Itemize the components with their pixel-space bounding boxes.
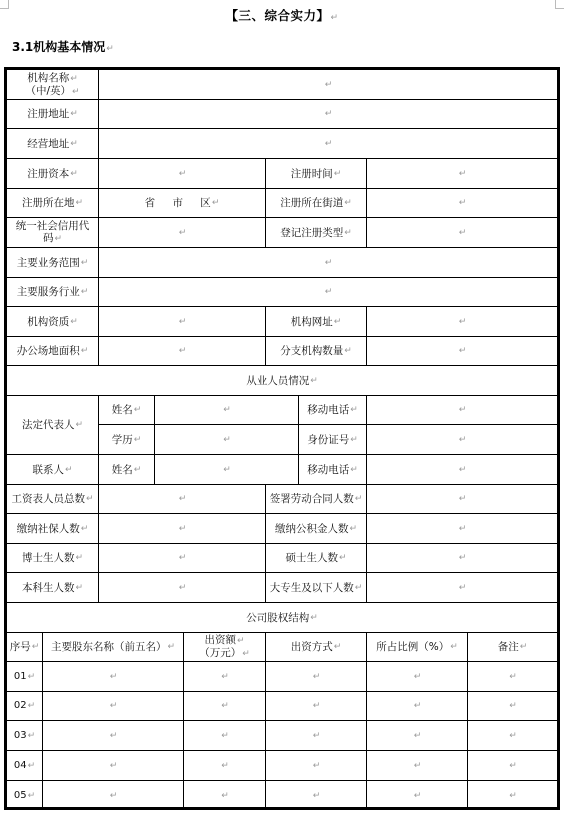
branch-count-label: 分支机构数量 bbox=[266, 337, 367, 366]
paragraph-mark-icon bbox=[75, 419, 83, 431]
paragraph-mark-icon bbox=[70, 108, 78, 120]
branch-count-input[interactable] bbox=[367, 337, 557, 366]
reg-type-input[interactable] bbox=[367, 218, 557, 248]
paragraph-mark-icon bbox=[70, 168, 78, 180]
paragraph-mark-icon bbox=[28, 790, 36, 802]
paragraph-mark-icon bbox=[334, 641, 342, 653]
paragraph-mark-icon bbox=[28, 730, 36, 742]
paragraph-mark-icon bbox=[65, 464, 73, 476]
paragraph-mark-icon bbox=[459, 168, 467, 180]
paragraph-mark-icon bbox=[459, 197, 467, 209]
equity-header-amount: 出资额（万元） bbox=[184, 633, 266, 662]
paragraph-mark-icon bbox=[86, 493, 94, 505]
paragraph-mark-icon bbox=[459, 582, 467, 594]
reg-capital-label: 注册资本 bbox=[7, 159, 99, 189]
main-business-input[interactable] bbox=[99, 248, 557, 278]
bachelor-count-input[interactable] bbox=[99, 573, 266, 603]
college-below-count-label: 大专生及以下人数 bbox=[266, 573, 367, 603]
paragraph-mark-icon bbox=[179, 345, 187, 357]
paragraph-mark-icon bbox=[179, 316, 187, 328]
qualification-label: 机构资质 bbox=[7, 307, 99, 337]
equity-header-index: 序号 bbox=[7, 633, 43, 662]
paragraph-mark-icon bbox=[344, 197, 352, 209]
paragraph-mark-icon bbox=[221, 790, 229, 802]
paragraph-mark-icon bbox=[221, 700, 229, 712]
equity-index-cell: 02 bbox=[7, 692, 43, 721]
legal-rep-name-input[interactable] bbox=[155, 396, 299, 425]
paragraph-mark-icon bbox=[223, 434, 231, 446]
biz-address-label: 经营地址 bbox=[7, 129, 99, 159]
investment-method-input[interactable] bbox=[266, 662, 367, 692]
paragraph-mark-icon bbox=[459, 493, 467, 505]
paragraph-mark-icon bbox=[325, 286, 333, 298]
credit-code-label: 统一社会信用代码 bbox=[7, 218, 99, 248]
paragraph-mark-icon bbox=[179, 168, 187, 180]
equity-header-remark: 备注 bbox=[468, 633, 557, 662]
share-ratio-input[interactable] bbox=[367, 692, 468, 721]
paragraph-mark-icon bbox=[179, 493, 187, 505]
contact-mobile-input[interactable] bbox=[367, 455, 557, 485]
paragraph-mark-icon bbox=[350, 464, 358, 476]
housing-fund-input[interactable] bbox=[367, 514, 557, 544]
equity-index-cell: 05 bbox=[7, 781, 43, 810]
paragraph-mark-icon bbox=[313, 730, 321, 742]
paragraph-mark-icon bbox=[223, 464, 231, 476]
paragraph-mark-icon bbox=[167, 641, 175, 653]
share-ratio-input[interactable] bbox=[367, 781, 468, 810]
reg-time-input[interactable] bbox=[367, 159, 557, 189]
paragraph-mark-icon bbox=[70, 316, 78, 328]
org-info-table: 机构名称（中/英） 注册地址 经营地址 注册资本 注册时间 注册所在地 省 市 … bbox=[4, 67, 560, 810]
reg-location-label: 注册所在地 bbox=[7, 189, 99, 218]
credit-code-input[interactable] bbox=[99, 218, 266, 248]
paragraph-mark-icon bbox=[313, 671, 321, 683]
paragraph-mark-icon bbox=[330, 13, 338, 23]
paragraph-mark-icon bbox=[310, 375, 318, 387]
qualification-input[interactable] bbox=[99, 307, 266, 337]
equity-index-cell: 03 bbox=[7, 721, 43, 751]
paragraph-mark-icon bbox=[325, 138, 333, 150]
paragraph-mark-icon bbox=[179, 227, 187, 239]
paragraph-mark-icon bbox=[110, 730, 118, 742]
investment-amount-input[interactable] bbox=[184, 751, 266, 781]
investment-amount-input[interactable] bbox=[184, 692, 266, 721]
contact-name-input[interactable] bbox=[155, 455, 299, 485]
payroll-total-label: 工资表人员总数 bbox=[7, 485, 99, 514]
paragraph-mark-icon bbox=[242, 649, 250, 659]
paragraph-mark-icon bbox=[179, 523, 187, 535]
remark-input[interactable] bbox=[468, 751, 557, 781]
paragraph-mark-icon bbox=[334, 168, 342, 180]
college-below-count-input[interactable] bbox=[367, 573, 557, 603]
paragraph-mark-icon bbox=[70, 138, 78, 150]
paragraph-mark-icon bbox=[81, 257, 89, 269]
paragraph-mark-icon bbox=[313, 790, 321, 802]
paragraph-mark-icon bbox=[179, 582, 187, 594]
investment-method-input[interactable] bbox=[266, 721, 367, 751]
paragraph-mark-icon bbox=[459, 404, 467, 416]
paragraph-mark-icon bbox=[325, 257, 333, 269]
paragraph-mark-icon bbox=[221, 730, 229, 742]
paragraph-mark-icon bbox=[344, 345, 352, 357]
paragraph-mark-icon bbox=[344, 227, 352, 239]
investment-method-input[interactable] bbox=[266, 692, 367, 721]
contact-mobile-label: 移动电话 bbox=[299, 455, 367, 485]
legal-rep-education-label: 学历 bbox=[99, 425, 155, 455]
legal-rep-mobile-label: 移动电话 bbox=[299, 396, 367, 425]
personnel-section-header: 从业人员情况 bbox=[7, 366, 557, 396]
paragraph-mark-icon bbox=[509, 760, 517, 772]
paragraph-mark-icon bbox=[221, 671, 229, 683]
paragraph-mark-icon bbox=[313, 760, 321, 772]
paragraph-mark-icon bbox=[459, 316, 467, 328]
paragraph-mark-icon bbox=[110, 671, 118, 683]
paragraph-mark-icon bbox=[313, 700, 321, 712]
reg-location-input[interactable]: 省 市 区 bbox=[99, 189, 266, 218]
paragraph-mark-icon bbox=[520, 641, 528, 653]
investment-method-input[interactable] bbox=[266, 781, 367, 810]
paragraph-mark-icon bbox=[28, 671, 36, 683]
paragraph-mark-icon bbox=[221, 760, 229, 772]
legal-rep-education-input[interactable] bbox=[155, 425, 299, 455]
paragraph-mark-icon bbox=[450, 641, 458, 653]
paragraph-mark-icon bbox=[509, 730, 517, 742]
remark-input[interactable] bbox=[468, 692, 557, 721]
paragraph-mark-icon bbox=[110, 790, 118, 802]
section-title: 【三、综合实力】 bbox=[0, 6, 564, 24]
paragraph-mark-icon bbox=[459, 434, 467, 446]
paragraph-mark-icon bbox=[134, 434, 142, 446]
equity-header-shareholder: 主要股东名称（前五名） bbox=[43, 633, 184, 662]
payroll-total-input[interactable] bbox=[99, 485, 266, 514]
paragraph-mark-icon bbox=[339, 552, 347, 564]
equity-header-ratio: 所占比例（%） bbox=[367, 633, 468, 662]
paragraph-mark-icon bbox=[334, 316, 342, 328]
equity-header-method: 出资方式 bbox=[266, 633, 367, 662]
reg-time-label: 注册时间 bbox=[266, 159, 367, 189]
reg-capital-input[interactable] bbox=[99, 159, 266, 189]
paragraph-mark-icon bbox=[134, 404, 142, 416]
contact-label: 联系人 bbox=[7, 455, 99, 485]
paragraph-mark-icon bbox=[355, 493, 363, 505]
reg-address-label: 注册地址 bbox=[7, 100, 99, 129]
legal-rep-name-label: 姓名 bbox=[99, 396, 155, 425]
paragraph-mark-icon bbox=[459, 464, 467, 476]
org-name-label: 机构名称（中/英） bbox=[7, 70, 99, 100]
paragraph-mark-icon bbox=[75, 197, 83, 209]
org-name-input[interactable] bbox=[99, 70, 557, 100]
main-business-label: 主要业务范围 bbox=[7, 248, 99, 278]
main-industry-input[interactable] bbox=[99, 278, 557, 307]
paragraph-mark-icon bbox=[325, 108, 333, 120]
website-input[interactable] bbox=[367, 307, 557, 337]
paragraph-mark-icon bbox=[509, 671, 517, 683]
phd-count-input[interactable] bbox=[99, 544, 266, 573]
legal-rep-id-input[interactable] bbox=[367, 425, 557, 455]
paragraph-mark-icon bbox=[509, 790, 517, 802]
legal-rep-label: 法定代表人 bbox=[7, 396, 99, 455]
paragraph-mark-icon bbox=[310, 612, 318, 624]
paragraph-mark-icon bbox=[32, 641, 40, 653]
paragraph-mark-icon bbox=[414, 760, 422, 772]
paragraph-mark-icon bbox=[70, 74, 78, 84]
paragraph-mark-icon bbox=[81, 345, 89, 357]
paragraph-mark-icon bbox=[509, 700, 517, 712]
paragraph-mark-icon bbox=[106, 44, 114, 54]
paragraph-mark-icon bbox=[459, 227, 467, 239]
master-count-input[interactable] bbox=[367, 544, 557, 573]
paragraph-mark-icon bbox=[414, 730, 422, 742]
paragraph-mark-icon bbox=[414, 790, 422, 802]
paragraph-mark-icon bbox=[459, 523, 467, 535]
paragraph-mark-icon bbox=[414, 671, 422, 683]
share-ratio-input[interactable] bbox=[367, 721, 468, 751]
paragraph-mark-icon bbox=[110, 700, 118, 712]
paragraph-mark-icon bbox=[459, 345, 467, 357]
paragraph-mark-icon bbox=[81, 523, 89, 535]
paragraph-mark-icon bbox=[459, 552, 467, 564]
paragraph-mark-icon bbox=[414, 700, 422, 712]
paragraph-mark-icon bbox=[212, 197, 220, 209]
main-industry-label: 主要服务行业 bbox=[7, 278, 99, 307]
paragraph-mark-icon bbox=[75, 582, 83, 594]
paragraph-mark-icon bbox=[237, 636, 245, 646]
reg-street-input[interactable] bbox=[367, 189, 557, 218]
paragraph-mark-icon bbox=[223, 404, 231, 416]
equity-section-header: 公司股权结构 bbox=[7, 603, 557, 633]
investment-amount-input[interactable] bbox=[184, 662, 266, 692]
share-ratio-input[interactable] bbox=[367, 751, 468, 781]
paragraph-mark-icon bbox=[349, 523, 357, 535]
phd-count-label: 博士生人数 bbox=[7, 544, 99, 573]
reg-address-input[interactable] bbox=[99, 100, 557, 129]
housing-fund-label: 缴纳公积金人数 bbox=[266, 514, 367, 544]
paragraph-mark-icon bbox=[75, 552, 83, 564]
remark-input[interactable] bbox=[468, 662, 557, 692]
paragraph-mark-icon bbox=[28, 760, 36, 772]
paragraph-mark-icon bbox=[325, 79, 333, 91]
paragraph-mark-icon bbox=[134, 464, 142, 476]
subsection-title: 3.1机构基本情况 bbox=[12, 38, 114, 55]
paragraph-mark-icon bbox=[179, 552, 187, 564]
investment-amount-input[interactable] bbox=[184, 721, 266, 751]
master-count-label: 硕士生人数 bbox=[266, 544, 367, 573]
social-insurance-label: 缴纳社保人数 bbox=[7, 514, 99, 544]
bachelor-count-label: 本科生人数 bbox=[7, 573, 99, 603]
investment-method-input[interactable] bbox=[266, 751, 367, 781]
shareholder-name-input[interactable] bbox=[43, 751, 184, 781]
labor-contract-label: 签署劳动合同人数 bbox=[266, 485, 367, 514]
website-label: 机构网址 bbox=[266, 307, 367, 337]
paragraph-mark-icon bbox=[355, 582, 363, 594]
paragraph-mark-icon bbox=[350, 434, 358, 446]
contact-name-label: 姓名 bbox=[99, 455, 155, 485]
reg-type-label: 登记注册类型 bbox=[266, 218, 367, 248]
remark-input[interactable] bbox=[468, 721, 557, 751]
shareholder-name-input[interactable] bbox=[43, 692, 184, 721]
investment-amount-input[interactable] bbox=[184, 781, 266, 810]
paragraph-mark-icon bbox=[81, 286, 89, 298]
paragraph-mark-icon bbox=[54, 234, 62, 244]
paragraph-mark-icon bbox=[72, 87, 80, 97]
equity-index-cell: 04 bbox=[7, 751, 43, 781]
shareholder-name-input[interactable] bbox=[43, 662, 184, 692]
legal-rep-mobile-input[interactable] bbox=[367, 396, 557, 425]
equity-index-cell: 01 bbox=[7, 662, 43, 692]
remark-input[interactable] bbox=[468, 781, 557, 810]
biz-address-input[interactable] bbox=[99, 129, 557, 159]
paragraph-mark-icon bbox=[350, 404, 358, 416]
paragraph-mark-icon bbox=[110, 760, 118, 772]
legal-rep-id-label: 身份证号 bbox=[299, 425, 367, 455]
labor-contract-input[interactable] bbox=[367, 485, 557, 514]
paragraph-mark-icon bbox=[28, 700, 36, 712]
shareholder-name-input[interactable] bbox=[43, 781, 184, 810]
share-ratio-input[interactable] bbox=[367, 662, 468, 692]
office-area-input[interactable] bbox=[99, 337, 266, 366]
reg-street-label: 注册所在街道 bbox=[266, 189, 367, 218]
social-insurance-input[interactable] bbox=[99, 514, 266, 544]
office-area-label: 办公场地面积 bbox=[7, 337, 99, 366]
shareholder-name-input[interactable] bbox=[43, 721, 184, 751]
